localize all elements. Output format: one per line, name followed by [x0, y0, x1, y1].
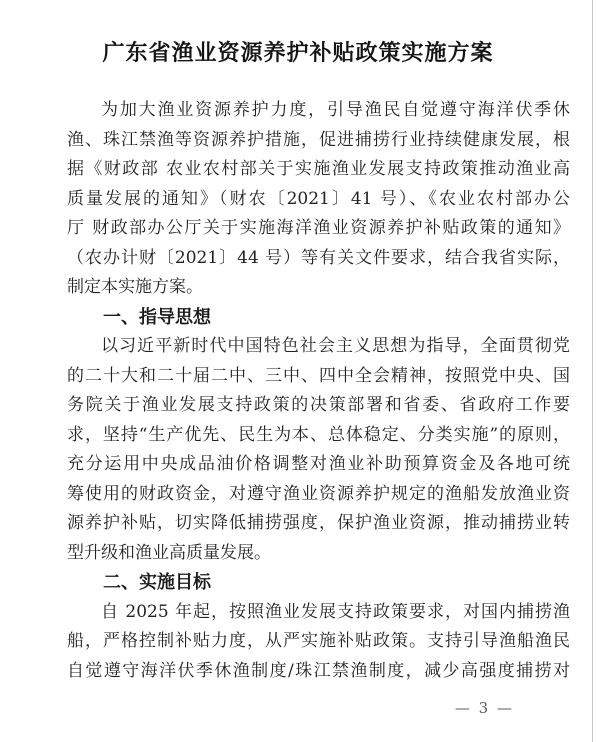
paragraph-3-line: 自 2025 年起，按照渔业发展支持政策要求，对国内捕捞渔 — [67, 598, 570, 628]
paragraph-2-line: 求，坚持“生产优先、民生为本、总体稳定、分类实施”的原则， — [67, 421, 570, 451]
paragraph-2-line: 的二十大和二十届二中、三中、四中全会精神，按照党中央、国 — [67, 362, 570, 392]
paragraph-1-line: 质量发展的通知》（财农〔2021〕41 号）、《农业农村部办公 — [67, 185, 570, 215]
page-number: — 3 — — [455, 698, 514, 718]
paragraph-1-line: 据《财政部 农业农村部关于实施渔业发展支持政策推动渔业高 — [67, 155, 570, 185]
paragraph-3-line: 自觉遵守海洋伏季休渔制度/珠江禁渔制度，减少高强度捕捞对 — [67, 657, 570, 687]
section-heading-1: 一、指导思想 — [67, 303, 570, 333]
paragraph-2-line: 筹使用的财政资金，对遵守渔业资源养护规定的渔船发放渔业资 — [67, 480, 570, 510]
section-heading-2: 二、实施目标 — [67, 568, 570, 598]
paragraph-2-line: 务院关于渔业发展支持政策的决策部署和省委、省政府工作要 — [67, 391, 570, 421]
scan-edge-line — [592, 0, 593, 742]
paragraph-1-line: 为加大渔业资源养护力度，引导渔民自觉遵守海洋伏季休 — [67, 96, 570, 126]
document-page: 广东省渔业资源养护补贴政策实施方案 为加大渔业资源养护力度，引导渔民自觉遵守海洋… — [0, 0, 596, 742]
paragraph-2-line: 以习近平新时代中国特色社会主义思想为指导，全面贯彻党 — [67, 332, 570, 362]
paragraph-2-line: 源养护补贴，切实降低捕捞强度，保护渔业资源，推动捕捞业转 — [67, 509, 570, 539]
paragraph-2-line: 型升级和渔业高质量发展。 — [67, 539, 570, 569]
paragraph-1-line: （农办计财〔2021〕44 号）等有关文件要求，结合我省实际， — [67, 244, 570, 274]
paragraph-3-line: 船，严格控制补贴力度，从严实施补贴政策。支持引导渔船渔民 — [67, 627, 570, 657]
document-title: 广东省渔业资源养护补贴政策实施方案 — [30, 36, 566, 67]
paragraph-1-line: 制定本实施方案。 — [67, 273, 570, 303]
paragraph-1-line: 渔、珠江禁渔等资源养护措施，促进捕捞行业持续健康发展，根 — [67, 126, 570, 156]
paragraph-2-line: 充分运用中央成品油价格调整对渔业补助预算资金及各地可统 — [67, 450, 570, 480]
paragraph-1-line: 厅 财政部办公厅关于实施海洋渔业资源养护补贴政策的通知》 — [67, 214, 570, 244]
document-body: 为加大渔业资源养护力度，引导渔民自觉遵守海洋伏季休 渔、珠江禁渔等资源养护措施，… — [67, 96, 570, 686]
